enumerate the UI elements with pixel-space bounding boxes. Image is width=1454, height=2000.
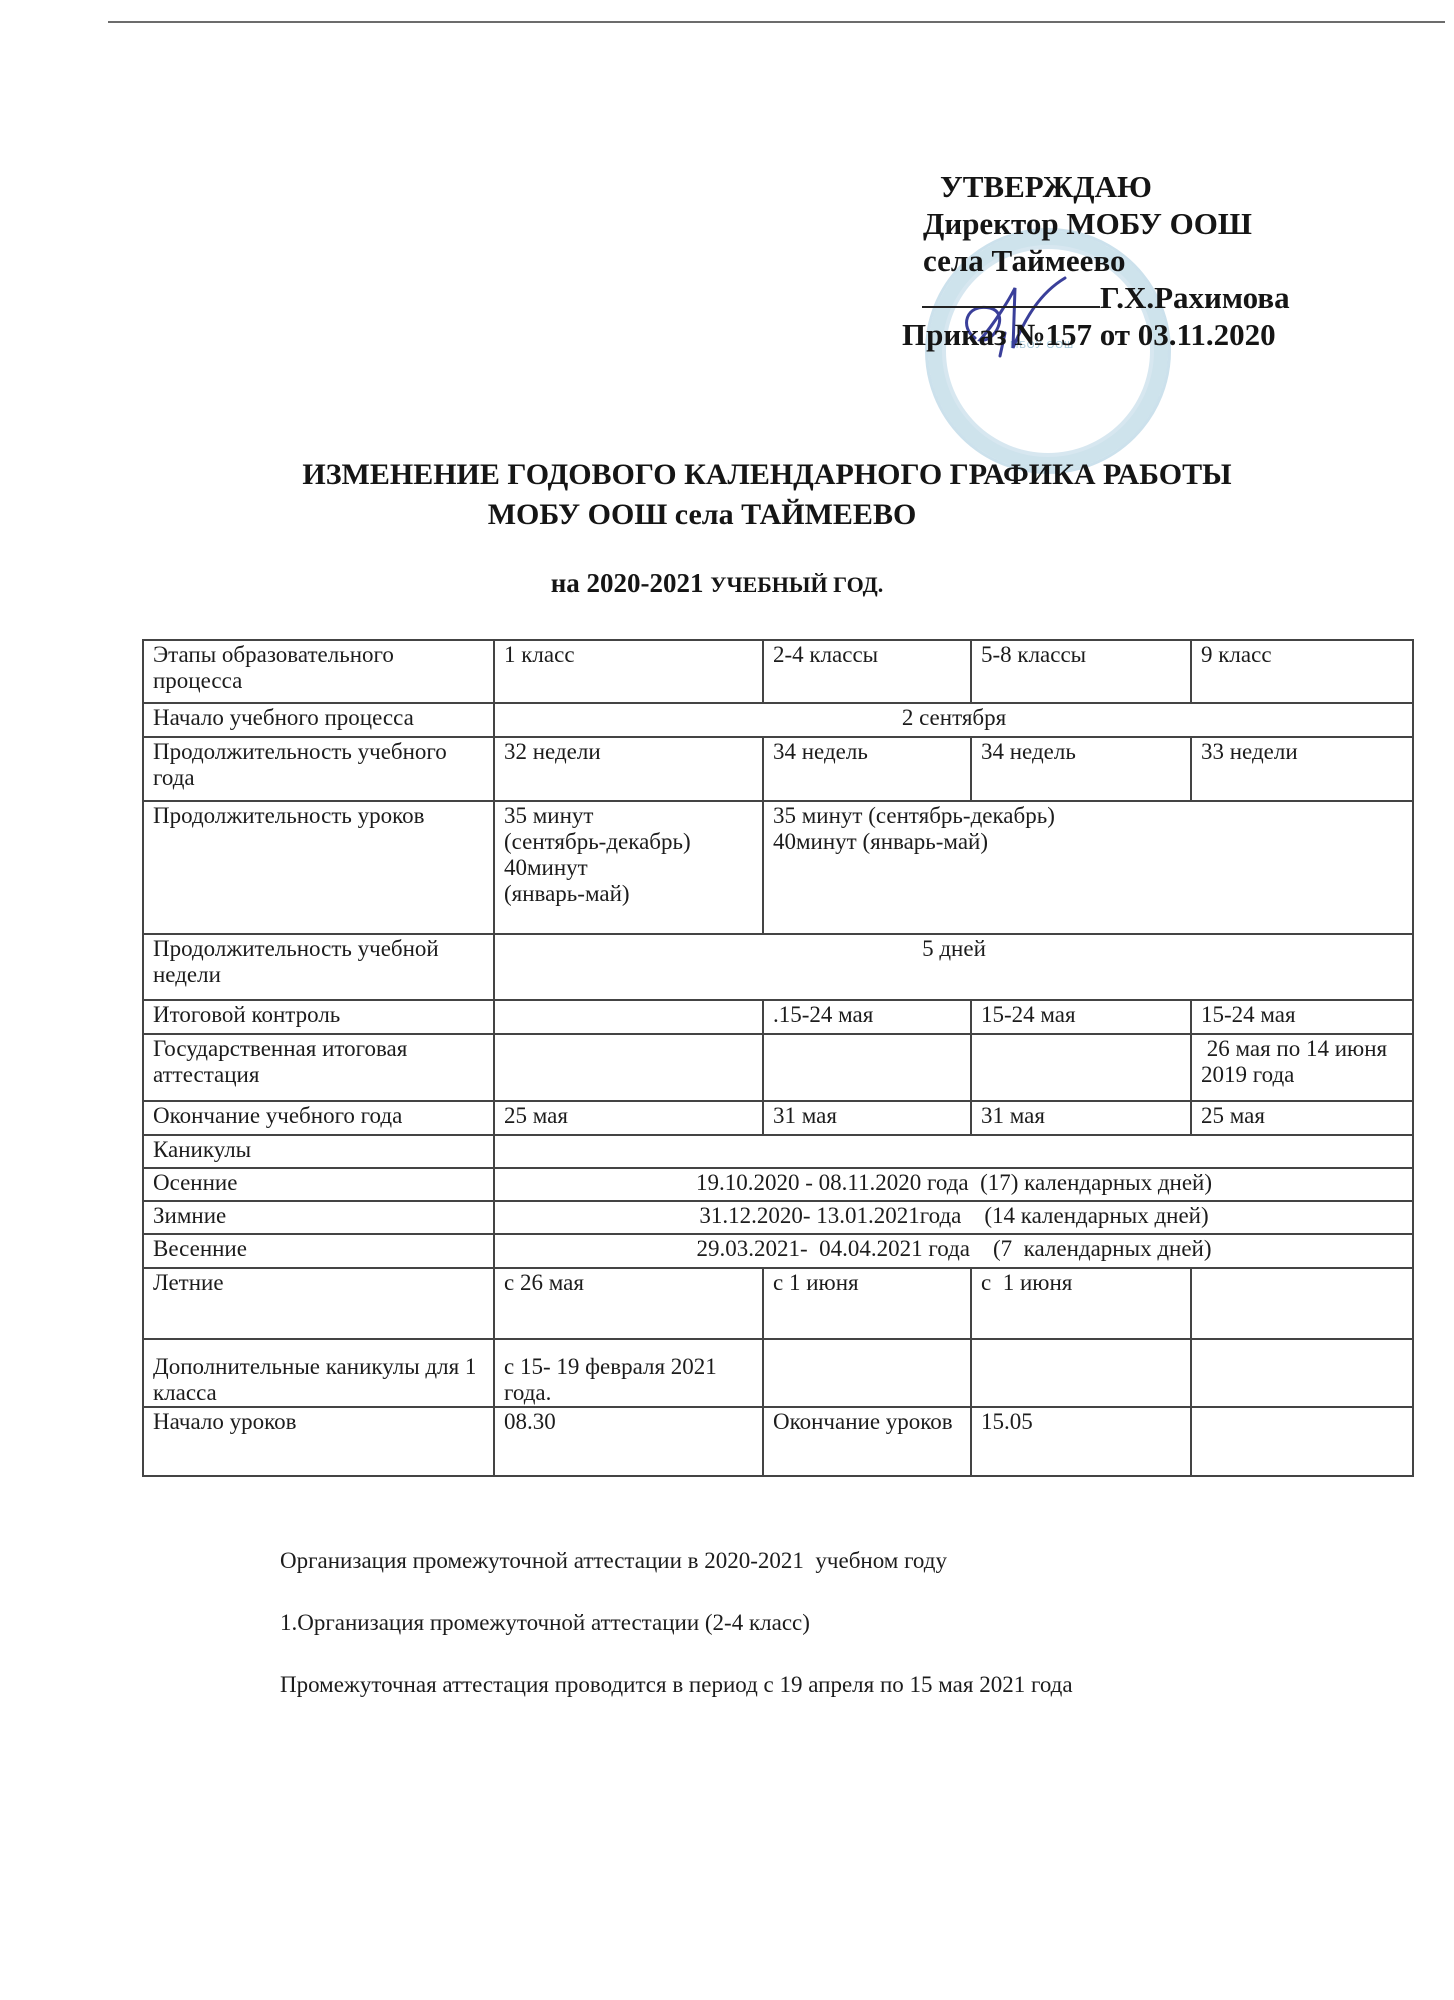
table-cell: с 26 мая [494, 1268, 763, 1339]
table-cell: 31 мая [763, 1101, 971, 1135]
table-cell [763, 1034, 971, 1101]
table-row: Государственная итоговая аттестация 26 м… [143, 1034, 1413, 1101]
table-cell: 29.03.2021- 04.04.2021 года (7 календарн… [494, 1234, 1413, 1268]
table-row: Итоговой контроль .15-24 мая 15-24 мая 1… [143, 1000, 1413, 1034]
approval-order: Приказ №157 от 03.11.2020 [880, 316, 1340, 353]
table-cell: 33 недели [1191, 737, 1413, 801]
table-cell: 26 мая по 14 июня 2019 года [1191, 1034, 1413, 1101]
table-cell: с 1 июня [763, 1268, 971, 1339]
approval-village: села Таймеево [880, 242, 1340, 279]
cell-line: 40минут [504, 855, 754, 881]
column-header: 1 класс [494, 640, 763, 703]
schedule-table: Этапы образовательного процесса 1 класс … [142, 639, 1414, 1477]
table-cell [763, 1339, 971, 1407]
table-cell: 35 минут (сентябрь-декабрь) 40минут (янв… [494, 801, 763, 934]
approval-signature-line: Г.Х.Рахимова [880, 279, 1340, 316]
cell-line: (сентябрь-декабрь) [504, 829, 754, 855]
table-cell [971, 1339, 1191, 1407]
table-row: Продолжительность уроков 35 минут (сентя… [143, 801, 1413, 934]
table-cell: 31 мая [971, 1101, 1191, 1135]
table-row: Этапы образовательного процесса 1 класс … [143, 640, 1413, 703]
table-cell [971, 1034, 1191, 1101]
table-cell: 32 недели [494, 737, 763, 801]
row-label: Продолжительность учебного года [143, 737, 494, 801]
table-cell [494, 1000, 763, 1034]
signature-line [922, 282, 1100, 308]
table-cell: 08.30 [494, 1407, 763, 1476]
table-cell: 25 мая [494, 1101, 763, 1135]
table-cell [1191, 1339, 1413, 1407]
row-label: Итоговой контроль [143, 1000, 494, 1034]
table-cell: .15-24 мая [763, 1000, 971, 1034]
table-row: Дополнительные каникулы для 1 класса с 1… [143, 1339, 1413, 1407]
table-cell: 31.12.2020- 13.01.2021года (14 календарн… [494, 1201, 1413, 1234]
table-cell: 34 недель [763, 737, 971, 801]
table-cell: 15-24 мая [971, 1000, 1191, 1034]
document-subtitle: МОБУ ООШ села ТАЙМЕЕВО [0, 498, 1429, 532]
column-header: 5-8 классы [971, 640, 1191, 703]
approval-position: Директор МОБУ ООШ [880, 205, 1340, 242]
row-label: Окончание учебного года [143, 1101, 494, 1135]
table-cell: с 15- 19 февраля 2021 года. [494, 1339, 763, 1407]
table-row: Продолжительность учебной недели 5 дней [143, 934, 1413, 1000]
table-row: Окончание учебного года 25 мая 31 мая 31… [143, 1101, 1413, 1135]
table-cell: 15.05 [971, 1407, 1191, 1476]
table-cell: 35 минут (сентябрь-декабрь) 40минут (янв… [763, 801, 1413, 934]
row-label: Начало уроков [143, 1407, 494, 1476]
table-row: Начало учебного процесса 2 сентября [143, 703, 1413, 737]
table-cell: 34 недель [971, 737, 1191, 801]
cell-line: 35 минут (сентябрь-декабрь) [773, 803, 1404, 829]
column-header: 9 класс [1191, 640, 1413, 703]
table-cell [494, 1034, 763, 1101]
row-label: Каникулы [143, 1135, 494, 1168]
table-cell: 19.10.2020 - 08.11.2020 года (17) календ… [494, 1168, 1413, 1201]
academic-year-prefix: на 2020-2021 [551, 568, 711, 598]
table-cell [1191, 1407, 1413, 1476]
table-cell: 5 дней [494, 934, 1413, 1000]
approval-block: УТВЕРЖДАЮ Директор МОБУ ООШ села Таймеев… [880, 168, 1340, 353]
row-label: Летние [143, 1268, 494, 1339]
table-row: Зимние 31.12.2020- 13.01.2021года (14 ка… [143, 1201, 1413, 1234]
row-label: Зимние [143, 1201, 494, 1234]
cell-line: 40минут (январь-май) [773, 829, 1404, 855]
table-cell: с 1 июня [971, 1268, 1191, 1339]
row-label: Начало учебного процесса [143, 703, 494, 737]
table-cell: 25 мая [1191, 1101, 1413, 1135]
paragraph-attestation-heading: Организация промежуточной аттестации в 2… [280, 1548, 947, 1574]
top-rule [108, 21, 1445, 23]
table-row: Осенние 19.10.2020 - 08.11.2020 года (17… [143, 1168, 1413, 1201]
table-row: Весенние 29.03.2021- 04.04.2021 года (7 … [143, 1234, 1413, 1268]
table-row: Летние с 26 мая с 1 июня с 1 июня [143, 1268, 1413, 1339]
approval-signatory: Г.Х.Рахимова [1100, 280, 1290, 315]
paragraph-attestation-period: Промежуточная аттестация проводится в пе… [280, 1672, 1073, 1698]
approval-heading: УТВЕРЖДАЮ [880, 168, 1340, 205]
column-header: 2-4 классы [763, 640, 971, 703]
table-row: Каникулы [143, 1135, 1413, 1168]
row-label: Дополнительные каникулы для 1 класса [143, 1339, 494, 1407]
academic-year: на 2020-2021 УЧЕБНЫЙ ГОД. [0, 568, 1444, 599]
paragraph-attestation-section: 1.Организация промежуточной аттестации (… [280, 1610, 810, 1636]
row-label: Этапы образовательного процесса [143, 640, 494, 703]
document-title: ИЗМЕНЕНИЕ ГОДОВОГО КАЛЕНДАРНОГО ГРАФИКА … [40, 458, 1454, 492]
table-cell: 2 сентября [494, 703, 1413, 737]
table-cell [1191, 1268, 1413, 1339]
row-label: Продолжительность уроков [143, 801, 494, 934]
cell-line: (январь-май) [504, 881, 754, 907]
row-label: Продолжительность учебной недели [143, 934, 494, 1000]
table-row: Продолжительность учебного года 32 недел… [143, 737, 1413, 801]
row-label: Весенние [143, 1234, 494, 1268]
row-label: Осенние [143, 1168, 494, 1201]
table-cell: Окончание уроков [763, 1407, 971, 1476]
table-row: Начало уроков 08.30 Окончание уроков 15.… [143, 1407, 1413, 1476]
academic-year-suffix: УЧЕБНЫЙ ГОД. [710, 572, 883, 597]
table-cell [494, 1135, 1413, 1168]
table-cell: 15-24 мая [1191, 1000, 1413, 1034]
cell-line: 35 минут [504, 803, 754, 829]
row-label: Государственная итоговая аттестация [143, 1034, 494, 1101]
